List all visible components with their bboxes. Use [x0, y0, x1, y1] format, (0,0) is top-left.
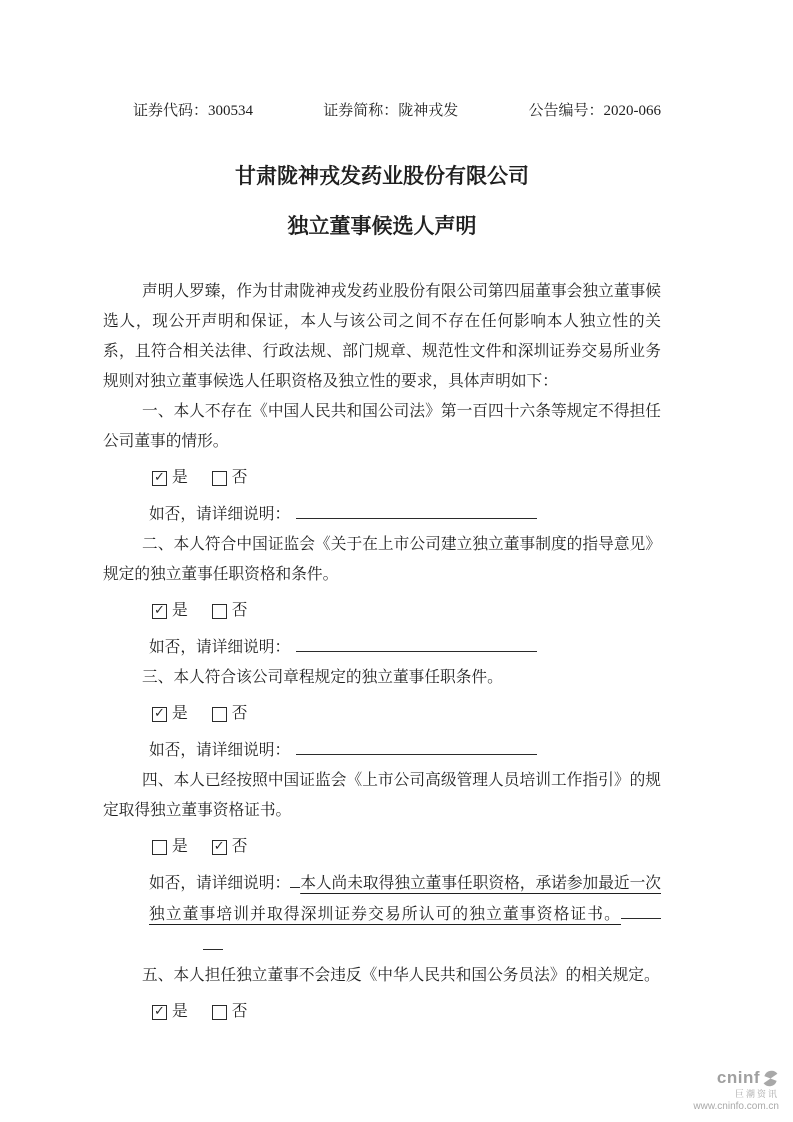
document-content: 证券代码：300534 证券简称：陇神戎发 公告编号：2020-066 甘肃陇神… [103, 0, 661, 1033]
company-title: 甘肃陇神戎发药业股份有限公司 [103, 163, 661, 189]
detail-blank-line [296, 632, 537, 652]
yes-checkbox: ✓ [152, 707, 167, 722]
declaration-item-4: 四、本人已经按照中国证监会《上市公司高级管理人员培训工作指引》的规定取得独立董事… [103, 766, 661, 961]
declaration-item-3: 三、本人符合该公司章程规定的独立董事任职条件。 ✓ 是 否 如否，请详细说明： [103, 663, 661, 766]
no-checkbox [212, 1005, 227, 1020]
detail-underline-lead [290, 868, 300, 888]
yes-label: 是 [172, 832, 188, 862]
document-body: 声明人罗臻，作为甘肃陇神戎发药业股份有限公司第四届董事会独立董事候选人，现公开声… [103, 277, 661, 1027]
yes-checkbox: ✓ [152, 471, 167, 486]
cninfo-brand-chinese: 巨潮资讯 [693, 1087, 779, 1100]
item-1-text: 一、本人不存在《中国人民共和国公司法》第一百四十六条等规定不得担任公司董事的情形… [103, 397, 661, 457]
yes-checkmark: ✓ [154, 707, 165, 720]
no-label: 否 [232, 997, 248, 1027]
doc-header: 证券代码：300534 证券简称：陇神戎发 公告编号：2020-066 [103, 101, 661, 121]
detail-underline-tail [203, 930, 223, 950]
document-title: 独立董事候选人声明 [103, 213, 661, 239]
no-checkbox: ✓ [212, 840, 227, 855]
announcement-no-text: 公告编号：2020-066 [529, 101, 662, 121]
detail-blank-line [296, 499, 537, 519]
yes-label: 是 [172, 699, 188, 729]
detail-blank-line [296, 735, 537, 755]
yes-checkbox: ✓ [152, 1005, 167, 1020]
declaration-item-5: 五、本人担任独立董事不会违反《中华人民共和国公务员法》的相关规定。 ✓ 是 否 [103, 961, 661, 1027]
cninfo-brand-row: cninf [693, 1068, 779, 1088]
item-1-checkline: ✓ 是 否 [103, 463, 661, 493]
detail-underline-fill [621, 899, 661, 919]
stock-name-text: 证券简称：陇神戎发 [323, 101, 458, 121]
detail-label: 如否，请详细说明： [149, 875, 290, 892]
detail-label: 如否，请详细说明： [149, 506, 290, 523]
item-4-detail-line: 如否，请详细说明：本人尚未取得独立董事任职资格，承诺参加最近一次独立董事培训并取… [103, 868, 661, 961]
item-2-checkline: ✓ 是 否 [103, 596, 661, 626]
no-checkbox [212, 604, 227, 619]
cninfo-brand-text: cninf [717, 1068, 760, 1088]
no-label: 否 [232, 463, 248, 493]
no-label: 否 [232, 596, 248, 626]
item-2-detail-line: 如否，请详细说明： [103, 632, 661, 663]
declaration-item-2: 二、本人符合中国证监会《关于在上市公司建立独立董事制度的指导意见》规定的独立董事… [103, 530, 661, 663]
yes-checkmark: ✓ [154, 1005, 165, 1018]
item-2-text: 二、本人符合中国证监会《关于在上市公司建立独立董事制度的指导意见》规定的独立董事… [103, 530, 661, 590]
no-checkmark: ✓ [214, 840, 225, 853]
no-checkbox [212, 707, 227, 722]
no-checkbox [212, 471, 227, 486]
no-label: 否 [232, 699, 248, 729]
declaration-item-1: 一、本人不存在《中国人民共和国公司法》第一百四十六条等规定不得担任公司董事的情形… [103, 397, 661, 530]
yes-checkbox [152, 840, 167, 855]
item-5-text: 五、本人担任独立董事不会违反《中华人民共和国公务员法》的相关规定。 [103, 961, 661, 991]
yes-label: 是 [172, 596, 188, 626]
yes-label: 是 [172, 997, 188, 1027]
item-4-text: 四、本人已经按照中国证监会《上市公司高级管理人员培训工作指引》的规定取得独立董事… [103, 766, 661, 826]
yes-checkbox: ✓ [152, 604, 167, 619]
item-3-checkline: ✓ 是 否 [103, 699, 661, 729]
intro-paragraph: 声明人罗臻，作为甘肃陇神戎发药业股份有限公司第四届董事会独立董事候选人，现公开声… [103, 277, 661, 397]
detail-label: 如否，请详细说明： [149, 639, 290, 656]
item-3-text: 三、本人符合该公司章程规定的独立董事任职条件。 [103, 663, 661, 693]
detail-label: 如否，请详细说明： [149, 742, 290, 759]
document-page: 证券代码：300534 证券简称：陇神戎发 公告编号：2020-066 甘肃陇神… [0, 0, 793, 1122]
yes-checkmark: ✓ [154, 471, 165, 484]
yes-label: 是 [172, 463, 188, 493]
item-4-checkline: 是 ✓ 否 [103, 832, 661, 862]
yes-checkmark: ✓ [154, 604, 165, 617]
item-5-checkline: ✓ 是 否 [103, 997, 661, 1027]
no-label: 否 [232, 832, 248, 862]
cninfo-swirl-icon [762, 1070, 779, 1087]
cninfo-url-text: www.cninfo.com.cn [693, 1101, 779, 1112]
item-3-detail-line: 如否，请详细说明： [103, 735, 661, 766]
stock-code-text: 证券代码：300534 [133, 101, 253, 121]
item-1-detail-line: 如否，请详细说明： [103, 499, 661, 530]
cninfo-watermark: cninf 巨潮资讯 www.cninfo.com.cn [693, 1068, 779, 1112]
